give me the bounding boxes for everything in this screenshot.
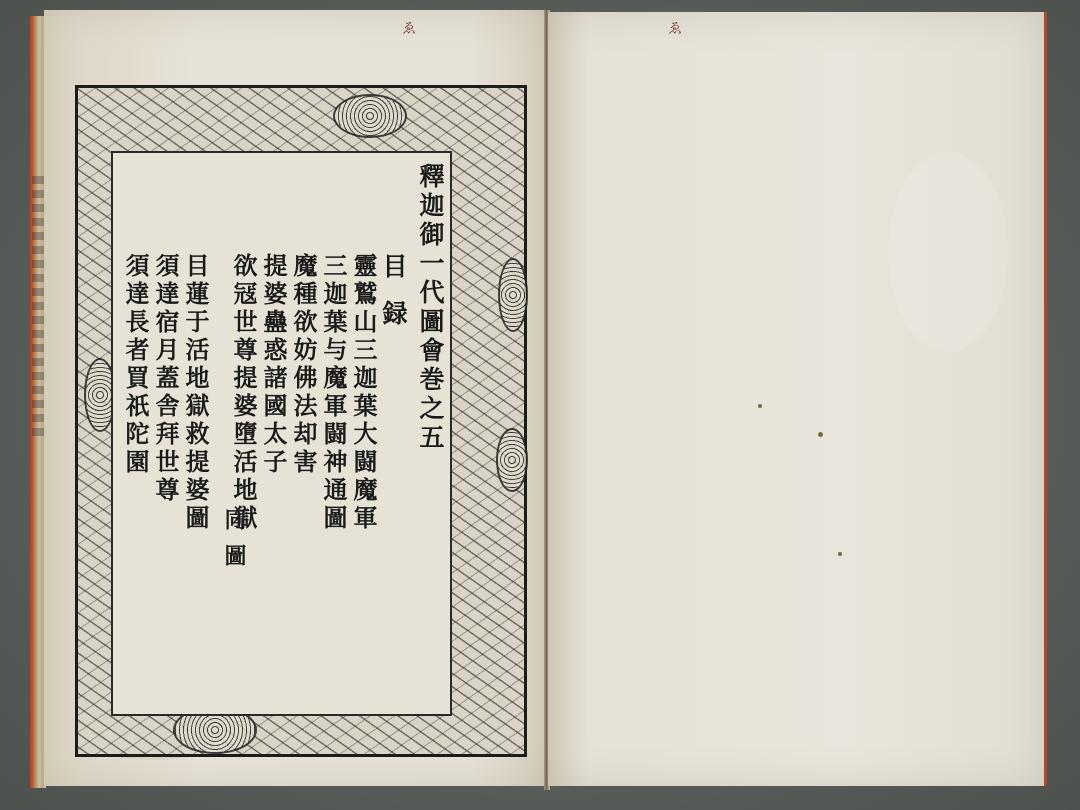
toc-entry: 欲冦世尊提婆墮活地獄 bbox=[231, 253, 255, 533]
toc-entry: 須達宿月蓋舎拜世尊 bbox=[153, 253, 177, 505]
right-page: ゑ bbox=[548, 12, 1047, 786]
toc-entry: 須達長者買祇陀園 bbox=[123, 253, 147, 477]
paper-sheen bbox=[888, 152, 1008, 352]
toc-entry: 靈鷲山三迦葉大闘魔軍 bbox=[351, 253, 375, 533]
paper-speck bbox=[818, 432, 823, 437]
cloud-right-ornament bbox=[496, 428, 528, 492]
phoenix-head-top-ornament bbox=[333, 94, 407, 138]
text-panel: 釋迦御一代圖會巻之五 目録 靈鷲山三迦葉大闘魔軍 三迦葉与魔軍闘神通圖 魔種欲妨… bbox=[111, 151, 452, 716]
dragon-right-ornament bbox=[498, 258, 528, 332]
open-book: ゑ 釋迦御一代圖會巻之五 目録 靈鷲山三迦葉大闘魔軍 三迦葉与魔軍闘神通圖 魔種… bbox=[30, 10, 1046, 796]
paper-speck bbox=[838, 552, 842, 556]
table-of-contents: 釋迦御一代圖會巻之五 目録 靈鷲山三迦葉大闘魔軍 三迦葉与魔軍闘神通圖 魔種欲妨… bbox=[113, 153, 450, 714]
volume-title: 釋迦御一代圖會巻之五 bbox=[418, 163, 443, 453]
toc-entry: 提婆蠱惑諸國太子 bbox=[261, 253, 285, 477]
toc-entry: 魔種欲妨佛法却害 bbox=[291, 253, 315, 477]
toc-heading: 目録 bbox=[381, 253, 406, 347]
paper-speck bbox=[758, 404, 762, 408]
toc-entry: 三迦葉与魔軍闘神通圖 bbox=[321, 253, 345, 533]
spine-title-label bbox=[32, 176, 44, 436]
toc-entry: 目蓮于活地獄救提婆圖 bbox=[183, 253, 207, 533]
page-mark-left: ゑ bbox=[402, 18, 416, 38]
page-mark-right: ゑ bbox=[668, 18, 682, 38]
toc-entry-note: 同圖 bbox=[223, 508, 245, 580]
